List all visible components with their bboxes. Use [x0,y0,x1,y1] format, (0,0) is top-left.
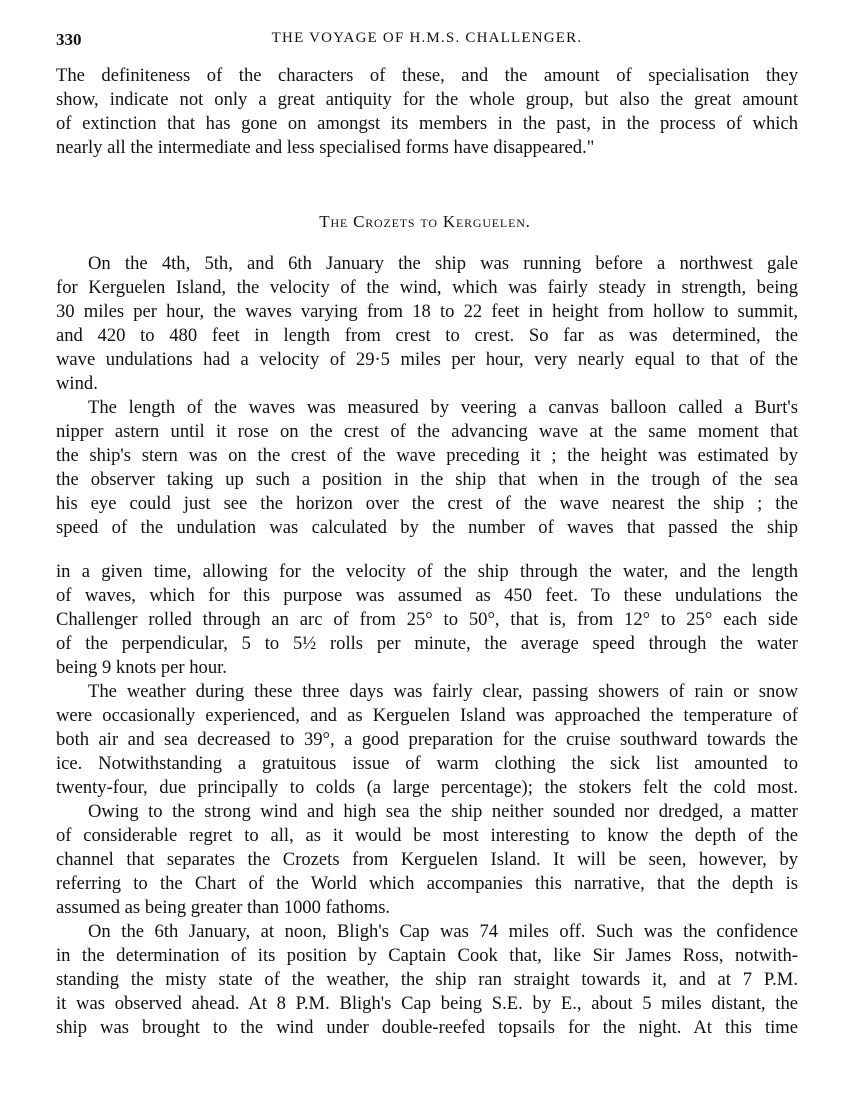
text-line: his eye could just see the horizon over … [56,492,798,516]
text-line: of considerable regret to all, as it wou… [56,824,798,848]
text-line: speed of the undulation was calculated b… [56,516,798,540]
text-line: nearly all the intermediate and less spe… [56,136,798,160]
text-line: the ship's stern was on the crest of the… [56,444,798,468]
text-line: The definiteness of the characters of th… [56,64,798,88]
text-line: were occasionally experienced, and as Ke… [56,704,798,728]
document-page: 330 THE VOYAGE OF H.M.S. CHALLENGER. The… [0,0,850,1100]
text-line: referring to the Chart of the World whic… [56,872,798,896]
text-line: of the perpendicular, 5 to 5½ rolls per … [56,632,798,656]
text-line: channel that separates the Crozets from … [56,848,798,872]
text-line: being 9 knots per hour. [56,656,798,680]
text-line: for Kerguelen Island, the velocity of th… [56,276,798,300]
text-line: in the determination of its position by … [56,944,798,968]
section-heading: The Crozets to Kerguelen. [0,212,850,232]
text-line: in a given time, allowing for the veloci… [56,560,798,584]
text-line: of extinction that has gone on amongst i… [56,112,798,136]
text-line: show, indicate not only a great antiquit… [56,88,798,112]
running-title: THE VOYAGE OF H.M.S. CHALLENGER. [56,30,798,47]
text-line: of waves, which for this purpose was ass… [56,584,798,608]
text-line: assumed as being greater than 1000 fatho… [56,896,798,920]
text-line: wave undulations had a velocity of 29·5 … [56,348,798,372]
text-line: and 420 to 480 feet in length from crest… [56,324,798,348]
text-line: it was observed ahead. At 8 P.M. Bligh's… [56,992,798,1016]
text-line: nipper astern until it rose on the crest… [56,420,798,444]
text-line: standing the misty state of the weather,… [56,968,798,992]
text-line: wind. [56,372,798,396]
text-line: ship was brought to the wind under doubl… [56,1016,798,1040]
text-line: ice. Notwithstanding a gratuitous issue … [56,752,798,776]
text-line: The length of the waves was measured by … [88,396,798,420]
text-line: the observer taking up such a position i… [56,468,798,492]
text-line: twenty-four, due principally to colds (a… [56,776,798,800]
text-line: Challenger rolled through an arc of from… [56,608,798,632]
text-line: Owing to the strong wind and high sea th… [88,800,798,824]
text-line: both air and sea decreased to 39°, a goo… [56,728,798,752]
text-line: On the 4th, 5th, and 6th January the shi… [88,252,798,276]
text-line: On the 6th January, at noon, Bligh's Cap… [88,920,798,944]
text-line: 30 miles per hour, the waves varying fro… [56,300,798,324]
text-line: The weather during these three days was … [88,680,798,704]
running-header: 330 THE VOYAGE OF H.M.S. CHALLENGER. [56,30,798,54]
